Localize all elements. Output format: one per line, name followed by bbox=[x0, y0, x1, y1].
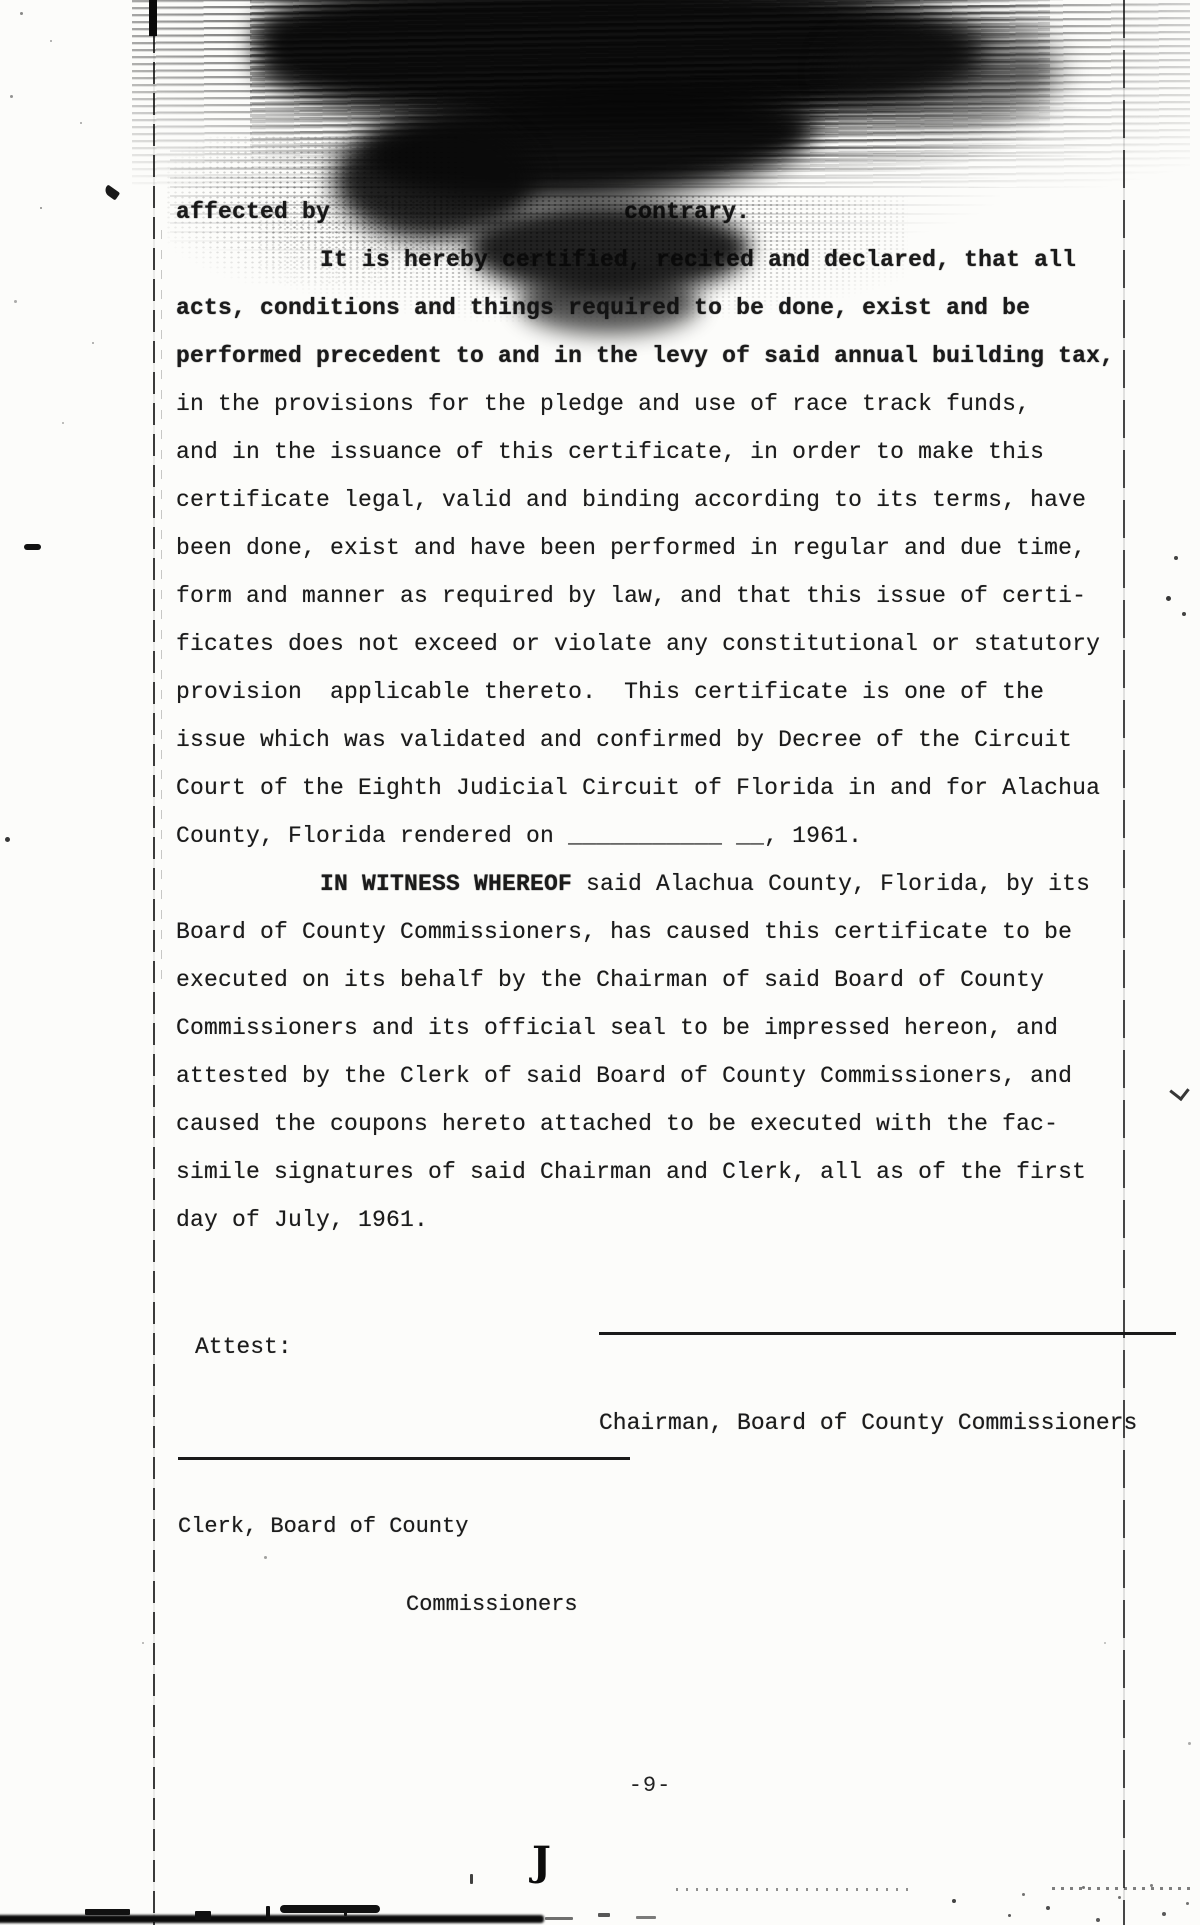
dust-dots bbox=[1052, 1887, 1192, 1890]
text-line: day of July, 1961. bbox=[176, 1196, 1141, 1244]
text-line: simile signatures of said Chairman and C… bbox=[176, 1148, 1141, 1196]
text-line: certificate legal, valid and binding acc… bbox=[176, 476, 1141, 524]
left-margin-rule bbox=[153, 0, 155, 1925]
text-line: affected by contrary. bbox=[176, 188, 1141, 236]
text-line: acts, conditions and things required to … bbox=[176, 284, 1141, 332]
ink-blob bbox=[830, 22, 1060, 120]
text-line: Board of County Commissioners, has cause… bbox=[176, 908, 1141, 956]
dust-dots bbox=[676, 1888, 911, 1891]
attest-label: Attest: bbox=[195, 1323, 292, 1371]
scanned-document-page: affected by contrary. It is hereby certi… bbox=[0, 0, 1200, 1925]
chairman-signature-line: Chairman, Board of County Commissioners bbox=[599, 1332, 1176, 1508]
text-line: Court of the Eighth Judicial Circuit of … bbox=[176, 764, 1141, 812]
clerk-title-line1: Clerk, Board of County bbox=[178, 1514, 630, 1540]
ink-blob bbox=[255, 0, 985, 125]
page-number: -9- bbox=[580, 1762, 720, 1810]
text-line: and in the issuance of this certificate,… bbox=[176, 428, 1141, 476]
witness-clause-lead: IN WITNESS WHEREOF bbox=[320, 871, 572, 897]
stray-dash-mark bbox=[24, 544, 41, 550]
witness-clause-rest: said Alachua County, Florida, by its bbox=[572, 871, 1090, 897]
text-line: provision applicable thereto. This certi… bbox=[176, 668, 1141, 716]
left-margin-rule-faint bbox=[161, 230, 162, 990]
text-line: executed on its behalf by the Chairman o… bbox=[176, 956, 1141, 1004]
text-line: been done, exist and have been performed… bbox=[176, 524, 1141, 572]
ink-band bbox=[0, 1915, 544, 1923]
body-text: affected by contrary. It is hereby certi… bbox=[176, 188, 1141, 1244]
text-line: issue which was validated and confirmed … bbox=[176, 716, 1141, 764]
ink-streaks bbox=[690, 75, 1090, 160]
stray-ink-mark bbox=[103, 185, 120, 201]
text-line-witness: IN WITNESS WHEREOF said Alachua County, … bbox=[176, 860, 1141, 908]
clerk-signature-line: Clerk, Board of County Commissioners bbox=[178, 1457, 630, 1670]
text-line: ficates does not exceed or violate any c… bbox=[176, 620, 1141, 668]
stray-ink-mark-j: J bbox=[532, 1838, 551, 1885]
stray-check-mark bbox=[1169, 1081, 1189, 1101]
text-line-blank-date: County, Florida rendered on ___________ … bbox=[176, 812, 1141, 860]
text-line: caused the coupons hereto attached to be… bbox=[176, 1100, 1141, 1148]
ink-streaks bbox=[250, 0, 1050, 172]
text-line: It is hereby certified, recited and decl… bbox=[176, 236, 1141, 284]
text-line: performed precedent to and in the levy o… bbox=[176, 332, 1141, 380]
text-line: form and manner as required by law, and … bbox=[176, 572, 1141, 620]
ink-streaks bbox=[132, 0, 1190, 188]
text-line: in the provisions for the pledge and use… bbox=[176, 380, 1141, 428]
scan-artifact-bar bbox=[149, 0, 157, 36]
clerk-title-line2: Commissioners bbox=[178, 1592, 630, 1618]
chairman-title: Chairman, Board of County Commissioners bbox=[599, 1406, 1176, 1440]
text-line: Commissioners and its official seal to b… bbox=[176, 1004, 1141, 1052]
text-line: attested by the Clerk of said Board of C… bbox=[176, 1052, 1141, 1100]
